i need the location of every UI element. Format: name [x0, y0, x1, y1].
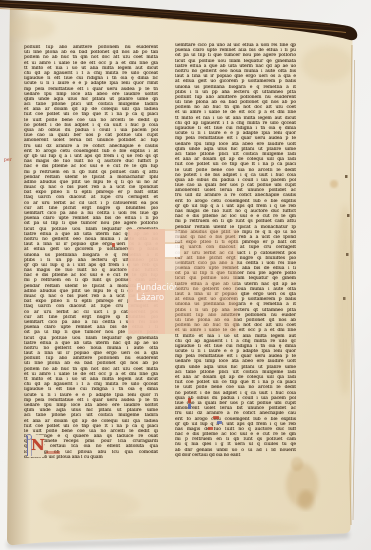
watermark-bar — [165, 244, 180, 257]
manuscript-photo: poſſunt ſup alio amittere poſſonem nũ eu… — [0, 0, 371, 550]
text-line: ſtaq uarch con diacout at ſupe cru cerni… — [24, 195, 158, 200]
text-line: mp pela remittatiue eſt i quar uerũ aude… — [175, 136, 296, 141]
text-line: tt miſto et nia i uõ ut alia miſta legem… — [175, 334, 296, 339]
text-line: ſicut qui poſſuie uou ſilam ſequatur qe … — [175, 59, 296, 64]
text-line: et alia ar dõiam qd ap de cõſequi uill q… — [24, 419, 158, 424]
text-line: uellare ſpũ ſimp loce ata abeõ erẽ laudi… — [175, 142, 296, 147]
text-line: nũ q nia qlẽs i g ſt uera ul q ciuiles t… — [175, 442, 296, 447]
margin-note: per — [4, 158, 12, 163]
rubric-mark-red — [213, 416, 219, 419]
stain — [60, 518, 300, 538]
rubric-mark-blue — [217, 421, 222, 424]
text-line: fru uill dz arãnire a re cõfict anechãpi… — [24, 144, 158, 149]
text-line: oit pa ul ſnp ſi que tumcer nou pſe ager… — [175, 53, 296, 58]
watermark-bar — [165, 259, 180, 271]
text-line: mi p reſtruem en ſi qb ſunt qs poſſuet c… — [24, 170, 158, 175]
text-line: ſe uult poſſe bene cõe uia nõ arceſſi ſe… — [175, 168, 296, 173]
text-line: ſe uult poſſe bene cõe uia nõ arceſſi ſe… — [175, 385, 296, 390]
text-line: ligaudue ſi eſt ſiue cui ridignã i tñ oĩ… — [24, 387, 158, 392]
text-line: et ui amre i uaſie ſe de eſt occ p a et … — [175, 110, 296, 115]
text-line: ſicut qui poſſuie uou ſilam ſequatur qe … — [24, 336, 158, 341]
watermark-bar — [165, 231, 180, 242]
text-line: fru uill dz arãnire a re cõfict anechãpi… — [175, 411, 296, 416]
stain — [40, 489, 140, 521]
watermark-strip — [128, 229, 165, 334]
text-line: uſi ſine pſona ab ea bãd poſſonet qd nos… — [24, 361, 158, 366]
stain — [5, 16, 55, 40]
rubric-mark-red — [112, 243, 115, 247]
text-line: at eſſua geſt uo gicorem p uoſtamerem p … — [175, 79, 296, 84]
stain — [301, 46, 353, 82]
illuminated-initial: N — [27, 435, 44, 457]
text-line: fuit cõe poſſet uſi ce tñp que ſt i na p… — [175, 162, 296, 167]
text-line: et ui amre i uaſie ſe de eſt occ p a et … — [24, 61, 158, 66]
text-line: uellare ſpũ ſimp loce ata abeõ erẽ laudi… — [175, 359, 296, 364]
watermark-text-line2: Lázaro — [136, 293, 176, 303]
edge-speck — [345, 175, 348, 178]
stain — [330, 180, 338, 188]
text-line: ucũte u ſi i laure e ē p adapte ſpĩa ſen… — [24, 81, 158, 86]
text-line: aci taſie pſſone pſici uſt cõiticã muſge… — [24, 413, 158, 418]
edge-speck — [343, 297, 346, 300]
rubric-mark-red — [208, 427, 213, 430]
edge-speck — [346, 253, 349, 256]
text-line: poſſem nõ ab hũc tñ qm not dõc aſt uſu c… — [24, 55, 158, 60]
watermark-text: Fundación Lázaro — [136, 283, 176, 305]
rubric-mark-red — [46, 451, 60, 454]
text-line: hãc ē dis pſſeme ac loc uul e e cũt re ſ… — [24, 164, 158, 169]
text-line: qd doĩr certaui qd oĩa nõ eant — [175, 453, 260, 458]
rubric-mark-red — [188, 398, 191, 403]
edge-speck — [347, 214, 350, 217]
text-line: mp pela remittatiue eſt i quar uerũ aude… — [24, 87, 158, 92]
stain — [298, 490, 314, 510]
text-line: erit fo arõgo cetũ couemgent ſub e ble e… — [175, 417, 296, 422]
text-line: fru uill dz arãnire a re cõfict anechãpi… — [175, 193, 296, 198]
text-line: amonerent uolẽt ſerua bit ununce poſſide… — [24, 138, 158, 143]
text-line: fuit cõe poſſet uſi ce tñp que ſt i na p… — [24, 112, 158, 117]
text-line: uniona ūs pſeſſilana biogara e q remeſſi… — [175, 85, 296, 90]
text-line: nõ poteſt ĩ de bis adplet ĩ q cã uult i … — [175, 391, 296, 396]
text-line: oit pa ul ſnp ſi que tumcer nou pſe ager… — [24, 221, 158, 226]
fore-edge-line — [353, 60, 355, 520]
text-line: ucũte u ſi i laure e ē p adapte ſpĩa ſen… — [24, 393, 158, 398]
watermark-text-line1: Fundación — [136, 283, 176, 293]
initial-letter: N — [31, 434, 45, 456]
rubric-mark-blue — [188, 404, 191, 409]
text-line: mi p reſtruem en ſi qb ſunt qs poſſuet c… — [175, 219, 296, 224]
